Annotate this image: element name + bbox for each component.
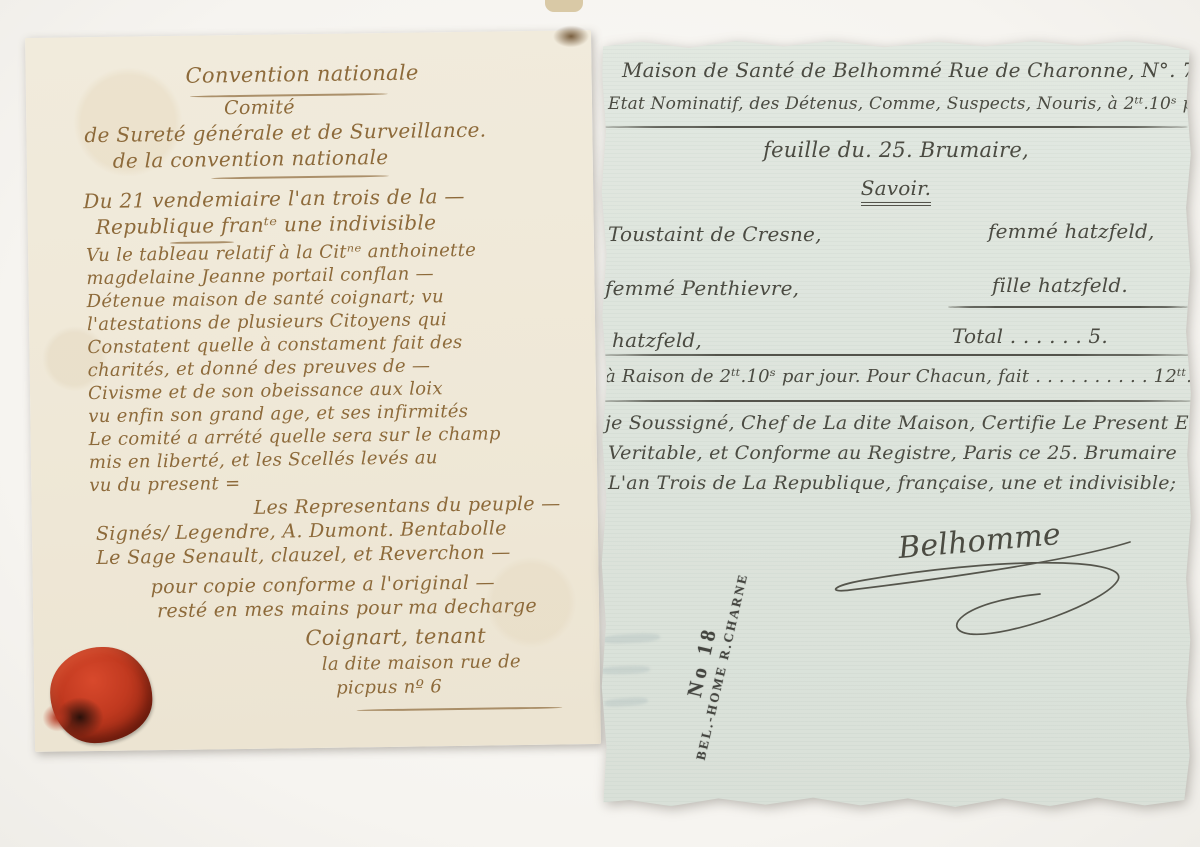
doc-title: Convention nationale [185,60,418,87]
etat-subtitle: Etat Nominatif, des Détenus, Comme, Susp… [608,94,1200,114]
detainee-name: femmé Penthievre, [605,276,799,300]
header-rule [602,126,1188,128]
copy-note-line: pour copie conforme a l'original — [151,571,495,598]
column-rule [948,306,1188,308]
date-line: Du 21 vendemiaire l'an trois de la — [83,184,465,213]
decision-line: vu du present = [89,473,240,496]
total-line: Total . . . . . . 5. [952,324,1108,348]
committee-line: de Sureté générale et de Surveillance. [84,118,486,148]
committee-line-2: de la convention nationale [113,145,389,173]
signature-flourish [356,707,562,712]
body-line: Détenue maison de santé coignart; vu [87,286,445,312]
body-line: Constatent quelle à constament fait des [87,332,462,358]
body-line: charités, et donné des preuves de — [88,355,431,381]
prison-stamp: No 18 BEL.-HOME R.CHARNE [620,558,800,768]
body-line: magdelaine Jeanne portail conflan — [86,263,434,289]
certification-line: je Soussigné, Chef de La dite Maison, Ce… [605,412,1200,434]
left-document-page: Convention nationale Comité de Sureté gé… [25,30,601,752]
body-line: l'atestations de plusieurs Citoyens qui [87,309,447,335]
date-line-2: Republique franᵗᵉ une indivisible [96,210,437,239]
certification-line: Veritable, et Conforme au Registre, Pari… [608,442,1177,464]
detainee-name: hatzfeld, [612,328,702,352]
detainee-name: femmé hatzfeld, [988,219,1155,243]
detainee-name: fille hatzfeld. [992,273,1128,297]
certification-line: L'an Trois de La Republique, française, … [608,472,1176,494]
copy-note-line: resté en mes mains pour ma decharge [157,595,537,622]
keeper-address-line: picpus nº 6 [336,676,442,698]
keeper-signature: Coignart, tenant [305,624,486,651]
body-line: Vu le tableau relatif à la Citⁿᵉ anthoin… [86,240,476,266]
doc-subtitle: Comité [224,96,295,119]
signatories-line: Le Sage Senault, clauzel, et Reverchon — [96,541,511,569]
right-document-wrap: Maison de Santé de Belhommé Rue de Charo… [600,38,1192,810]
rate-rule [600,400,1192,402]
right-document-page: Maison de Santé de Belhommé Rue de Charo… [600,38,1192,810]
underline [211,175,389,179]
scanned-documents: { "scan": { "background_color": "#f6f4f0… [0,0,1200,847]
rate-line: à Raison de 2ᵗᵗ.10ˢ par jour. Pour Chacu… [605,366,1200,387]
signatories-heading: Les Representans du peuple — [253,493,560,519]
maison-title: Maison de Santé de Belhommé Rue de Charo… [622,58,1200,82]
decision-line: mis en liberté, et les Scellés levés au [89,447,438,473]
ink-smudge [553,25,589,48]
stamp-text-block: No 18 BEL.-HOME R.CHARNE [668,565,751,761]
body-line: vu enfin son grand age, et ses infirmité… [88,401,468,427]
signature-flourish [810,506,1150,676]
sheet-date-line: feuille du. 25. Brumaire, [600,138,1192,162]
detainee-name: Toustaint de Cresne, [608,222,822,246]
keeper-address-line: la dite maison rue de [322,651,521,675]
signatories-line: Signés/ Legendre, A. Dumont. Bentabolle [96,517,507,545]
red-wax-seal-icon [50,646,153,743]
scan-edge-artifact [545,0,583,12]
body-line: Civisme et de son obeissance aux loix [88,378,443,404]
decision-line: Le comité a arrété quelle sera sur le ch… [89,423,501,450]
savoir-text: Savoir. [861,176,931,206]
total-rule [600,354,1192,356]
savoir-label: Savoir. [600,176,1192,200]
